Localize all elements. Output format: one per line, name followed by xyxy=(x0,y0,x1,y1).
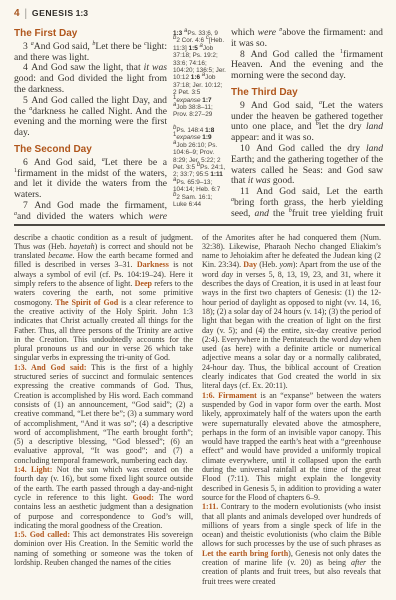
bible-page: 4 | GENESIS1:3 The First Day3 aAnd God s… xyxy=(0,0,396,600)
commentary-column-right: of the Amorites after he had conquered t… xyxy=(202,233,381,586)
page-number: 4 xyxy=(14,8,20,19)
commentary-paragraph: 1:3. And God said: This is the first of … xyxy=(14,363,193,465)
verse-paragraph: 9 And God said, aLet the waters under th… xyxy=(231,101,383,144)
commentary-paragraph: 1:5. God called: This act demonstrates H… xyxy=(14,530,193,567)
section-heading: The Third Day xyxy=(231,88,383,99)
header-divider: | xyxy=(25,7,27,19)
verse-paragraph: 3 aAnd God said, bLet there be clight: a… xyxy=(14,42,167,64)
scripture-section: The First Day3 aAnd God said, bLet there… xyxy=(14,28,386,219)
verse-paragraph: 10 And God called the dry land Earth; an… xyxy=(231,144,383,187)
running-head-book: GENESIS xyxy=(32,8,74,18)
running-head-reference: 1:3 xyxy=(76,8,88,18)
commentary-column-left: describe a chaotic condition as a result… xyxy=(14,233,193,586)
commentary-paragraph: of the Amorites after he had conquered t… xyxy=(202,233,381,391)
verse-paragraph: 8 And God called the 1firmament Heaven. … xyxy=(231,50,383,82)
verse-paragraph: 6 And God said, aLet there be a 1firmame… xyxy=(14,158,167,201)
section-heading: The Second Day xyxy=(14,145,167,156)
page-header: 4 | GENESIS1:3 xyxy=(14,8,386,19)
verse-paragraph: 4 And God saw the light, that it was goo… xyxy=(14,63,167,95)
verse-paragraph: which were babove the firmament: and it … xyxy=(231,28,383,50)
cross-reference-group-2: bPs. 148:4 1:8 1expanse 1:9 aJob 26:10; … xyxy=(173,127,226,208)
commentary-section: describe a chaotic condition as a result… xyxy=(14,233,386,586)
commentary-paragraph: 1:11. Contrary to the modern evolutionis… xyxy=(202,502,381,586)
scripture-column-right: which were babove the firmament: and it … xyxy=(231,28,383,219)
cross-reference-group-1: 1:3 aPs. 33:6, 9 b2 Cor. 4:6 c[Heb. 11:3… xyxy=(173,30,226,119)
verse-paragraph: 5 And God called the light Day, and the … xyxy=(14,96,167,139)
verse-paragraph: 11 And God said, Let the earth abring fo… xyxy=(231,187,383,219)
section-divider-rule xyxy=(14,224,385,226)
commentary-paragraph: 1:4. Light: Not the sun which was create… xyxy=(14,465,193,530)
commentary-paragraph: 1:6. Firmament is an “expanse” between t… xyxy=(202,391,381,503)
scripture-column-left: The First Day3 aAnd God said, bLet there… xyxy=(14,28,167,219)
commentary-paragraph: describe a chaotic condition as a result… xyxy=(14,233,193,363)
verse-paragraph: 7 And God made the firmament, aand divid… xyxy=(14,201,167,219)
section-heading: The First Day xyxy=(14,29,167,40)
cross-reference-column: 1:3 aPs. 33:6, 9 b2 Cor. 4:6 c[Heb. 11:3… xyxy=(167,28,231,219)
